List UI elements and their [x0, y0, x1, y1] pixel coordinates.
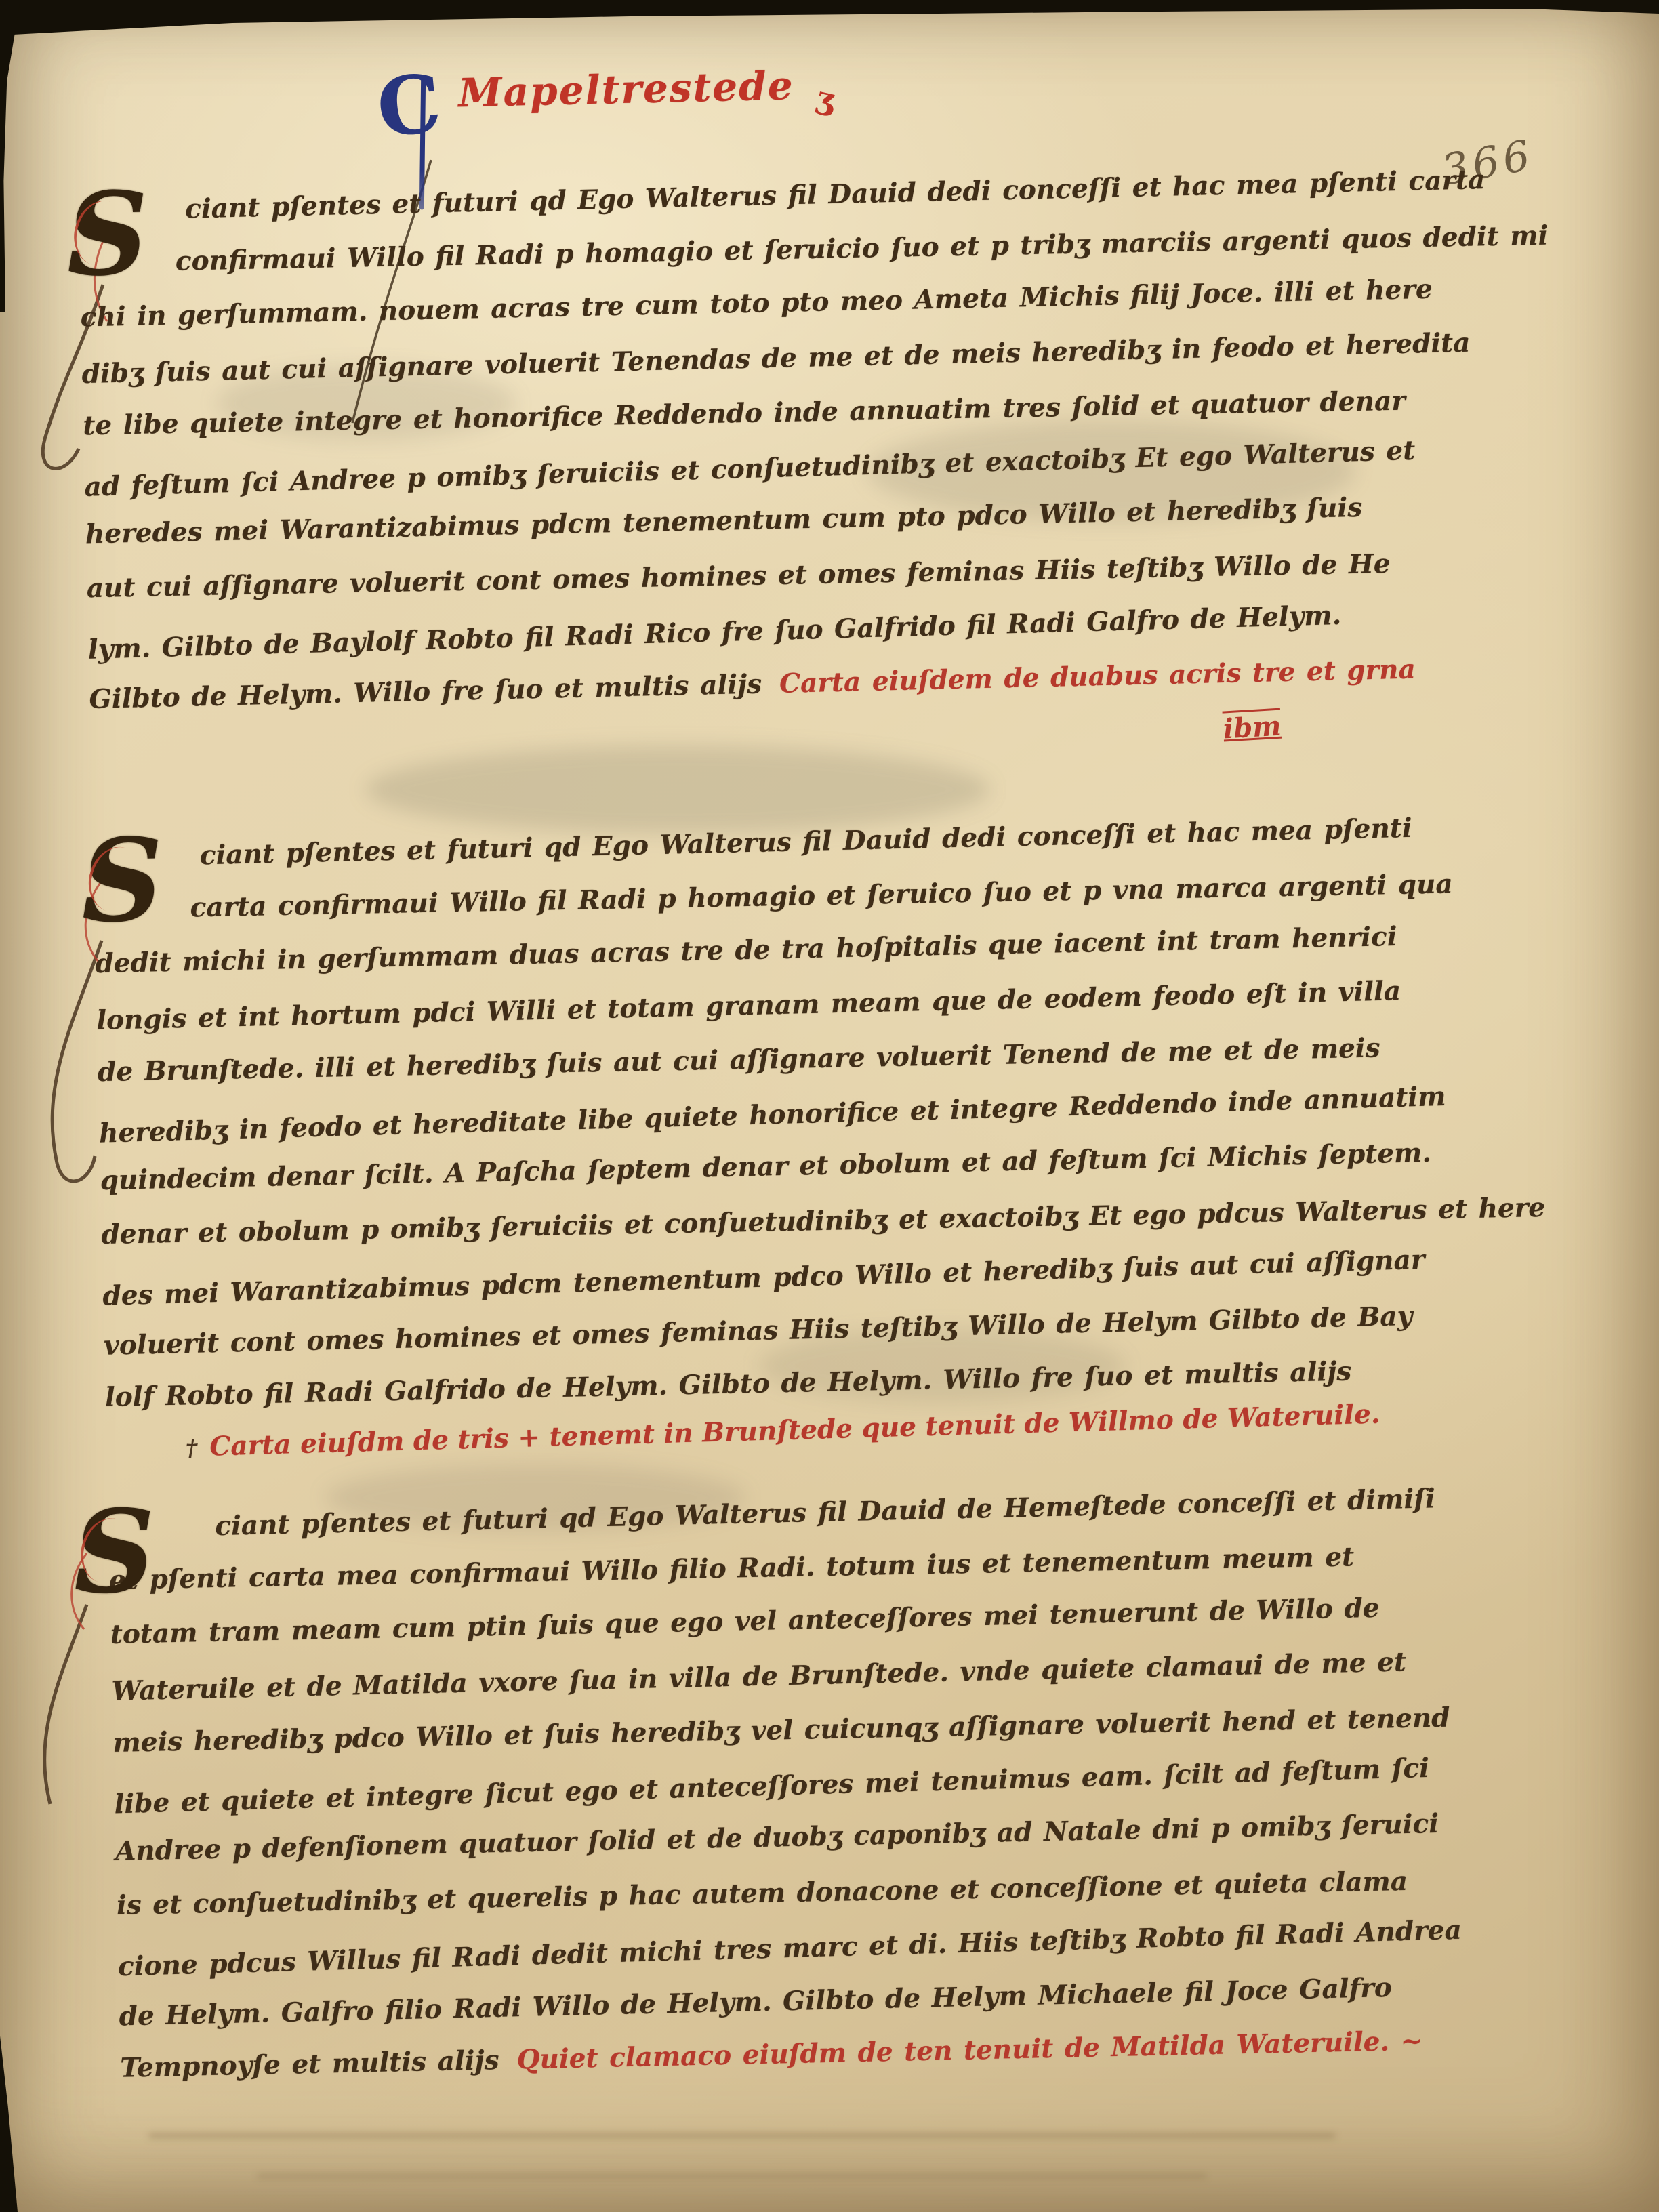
rubric-continuation: ibm	[1222, 703, 1282, 754]
charter-1: S ciant pſentes et futuri qd Ego Walteru…	[77, 155, 1418, 726]
decorated-initial: S	[80, 823, 165, 939]
heading-title: Mapeltrestede	[458, 62, 795, 116]
manuscript-photo: CMapeltrestedeʒ 366 S ciant pſentes et f…	[0, 0, 1659, 2212]
page-content: CMapeltrestedeʒ 366 S ciant pſentes et f…	[0, 0, 1659, 2212]
capitulum-paraph-icon: C	[375, 71, 444, 141]
charter-3: S ciant pſentes et futuri qd Ego Walteru…	[107, 1471, 1448, 2097]
decorated-initial: S	[72, 1494, 157, 1610]
inline-rubric: Carta eiuſdem de duabus acris tre et grn…	[779, 654, 1416, 699]
inline-rubric: Quiet clamaco eiuſdm de ten tenuit de Ma…	[516, 2026, 1423, 2076]
decorated-initial: S	[65, 176, 150, 292]
rubric-marker-icon: †	[185, 1435, 198, 1462]
text-line-black: Gilbto de Helym. Willo fre ſuo et multis…	[89, 668, 762, 715]
text-line-black: Tempnoyſe et multis alijs	[120, 2045, 499, 2084]
heading-flourish-icon: ʒ	[813, 79, 838, 118]
charter-2: S ciant pſentes et futuri qd Ego Walteru…	[92, 800, 1433, 1427]
section-heading: CMapeltrestedeʒ	[377, 62, 836, 139]
